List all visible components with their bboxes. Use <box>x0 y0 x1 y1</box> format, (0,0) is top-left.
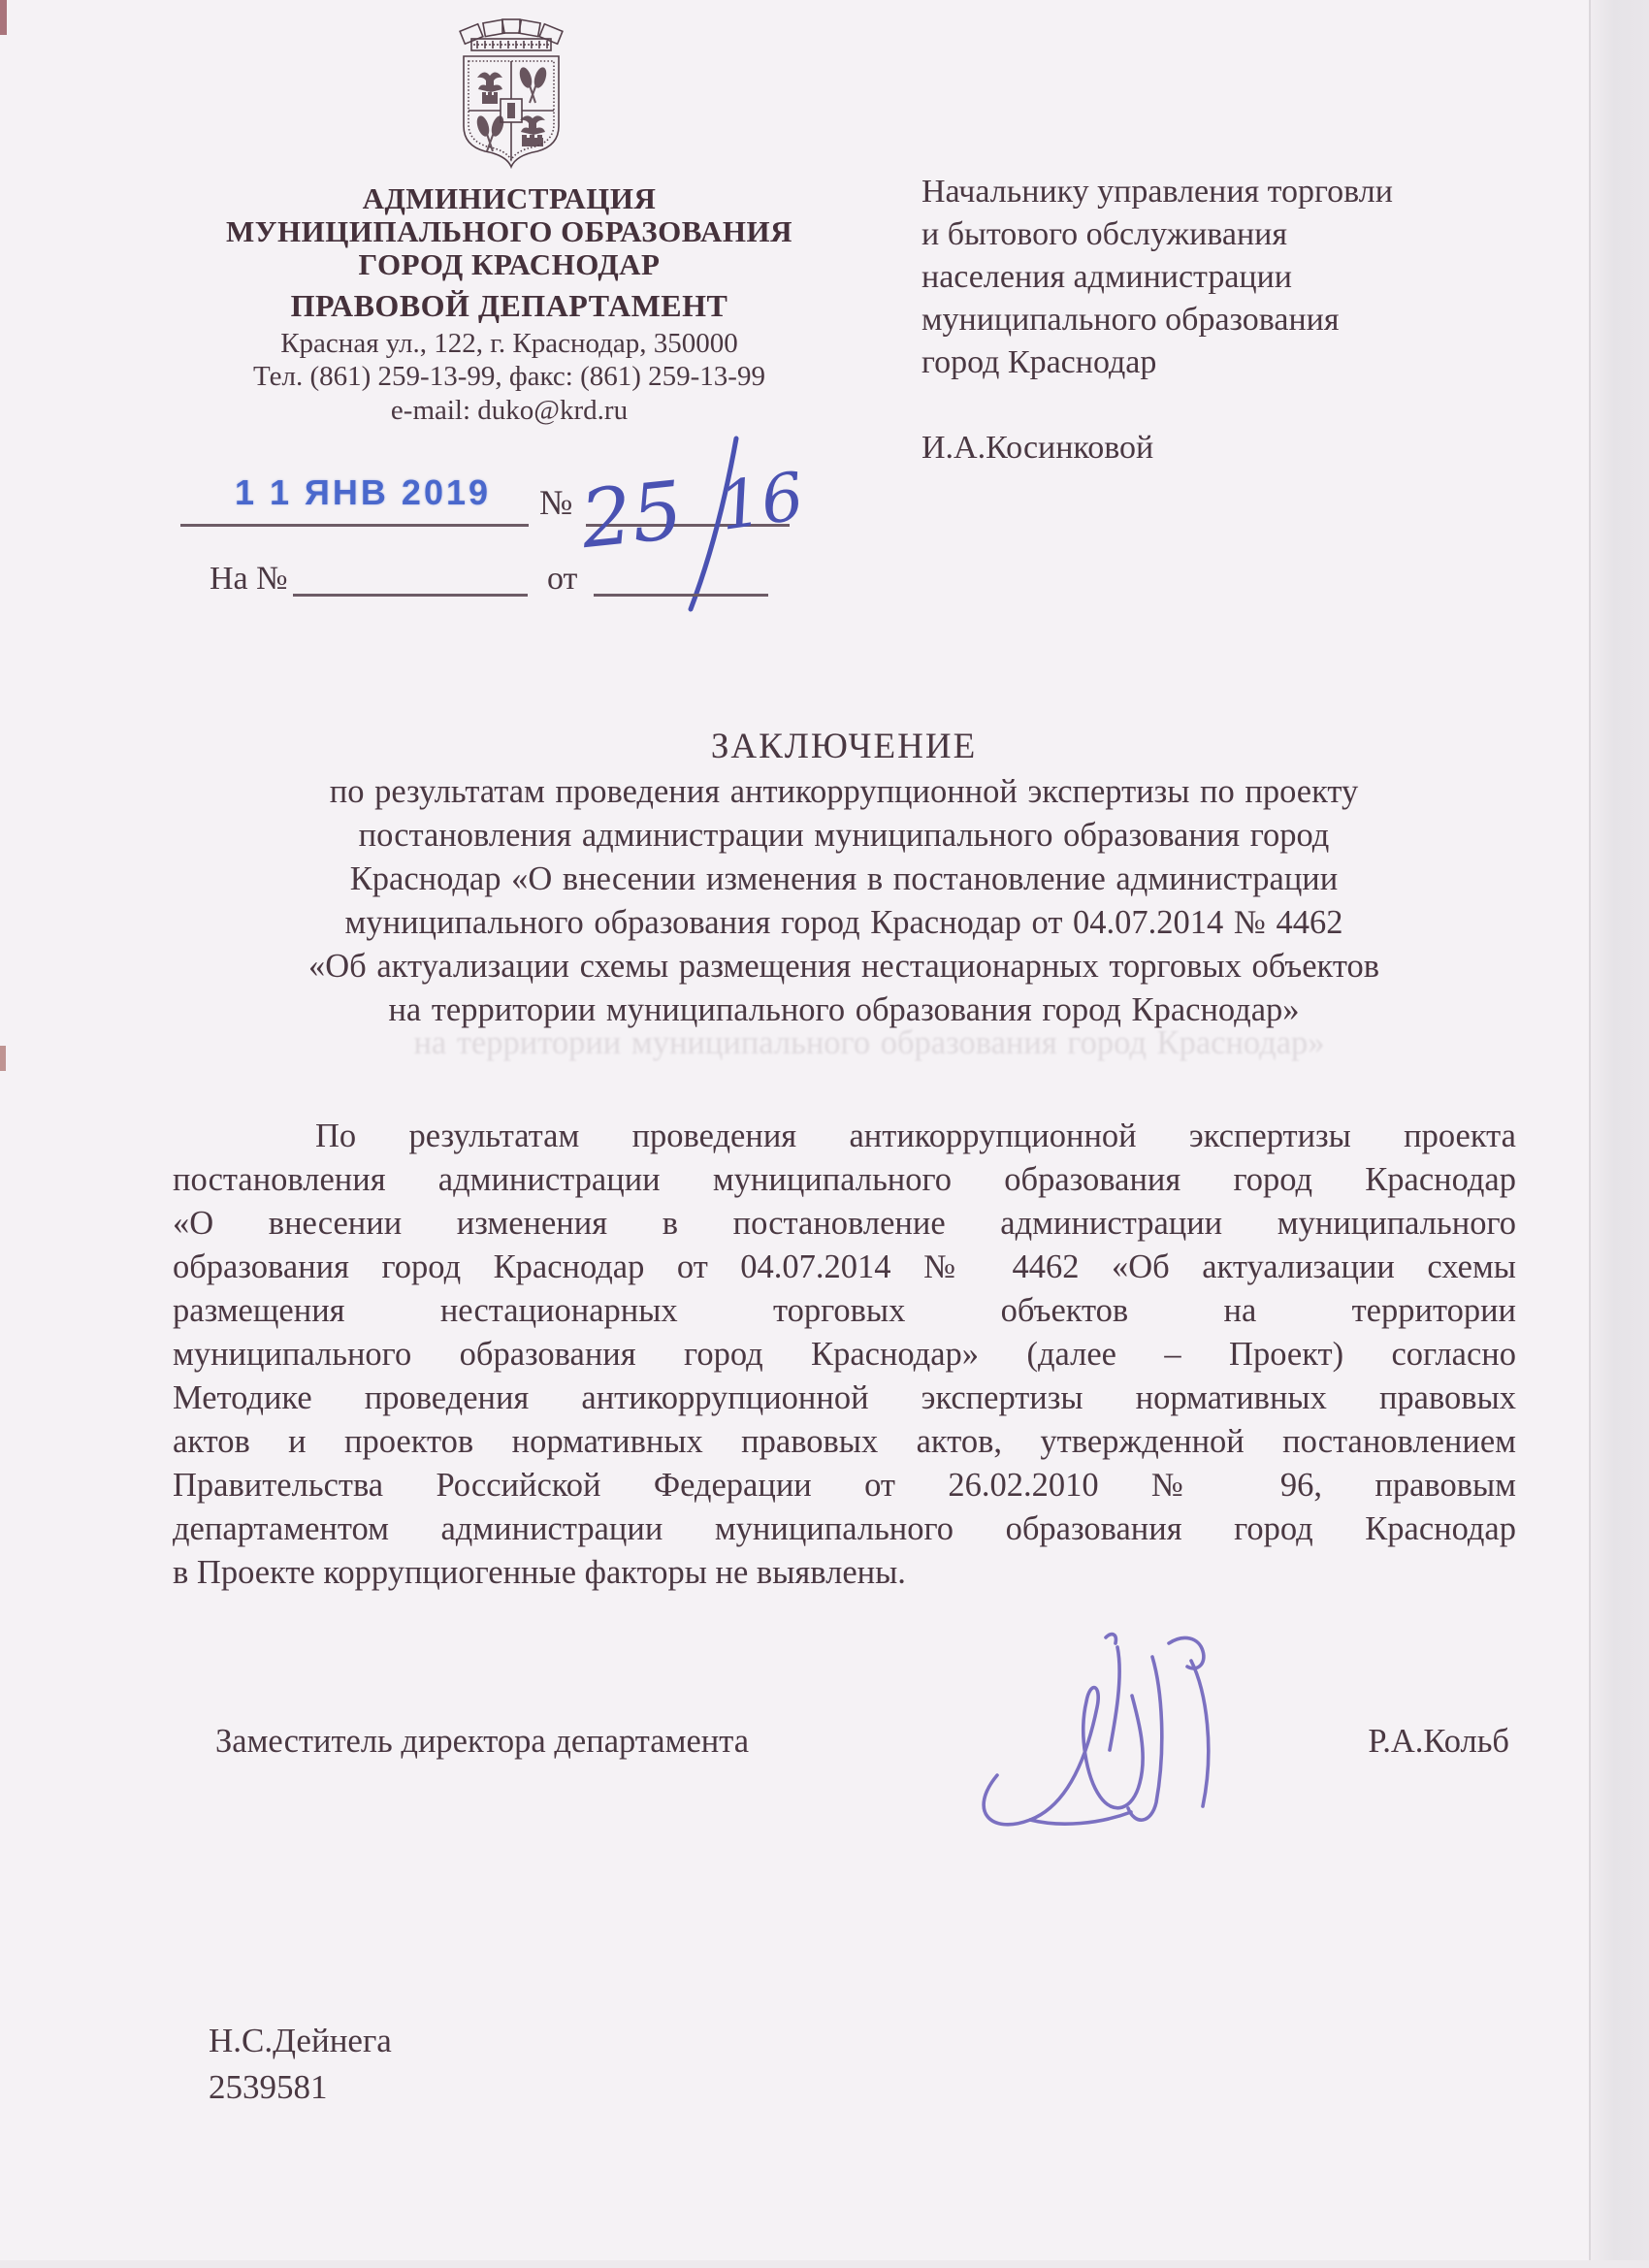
recipient-name: И.А.Косинковой <box>921 427 1503 470</box>
scan-artifact <box>0 1046 6 1071</box>
document-title: ЗАКЛЮЧЕНИЕ <box>184 726 1503 767</box>
title-line: постановления администрации муниципально… <box>184 817 1503 855</box>
body-line: образования город Краснодар от 04.07.201… <box>173 1248 1516 1286</box>
body-line: Методике проведения антикоррупционной эк… <box>173 1379 1516 1417</box>
scan-ghost-text: на территории муниципального образования… <box>210 1024 1529 1062</box>
reply-from-underline <box>594 594 768 597</box>
number-sign: № <box>539 482 572 523</box>
letterhead-org-line1: АДМИНИСТРАЦИЯ <box>218 182 800 215</box>
handwritten-25: 25 <box>575 465 687 567</box>
recipient-line: Начальнику управления торговли <box>921 171 1503 213</box>
body-line: департаментом администрации муниципально… <box>173 1510 1516 1548</box>
body-line: Правительства Российской Федерации от 26… <box>173 1467 1516 1505</box>
signature-scribble <box>970 1630 1300 1853</box>
signer-position: Заместитель директора департамента <box>215 1723 749 1761</box>
body-line: муниципального образования город Краснод… <box>173 1336 1516 1374</box>
title-line: «Об актуализации схемы размещения нестац… <box>184 948 1503 986</box>
letterhead-phone: Тел. (861) 259-13-99, факс: (861) 259-13… <box>218 361 800 393</box>
letterhead-email: e-mail: duko@krd.ru <box>218 395 800 427</box>
date-underline <box>180 524 529 527</box>
letterhead-department: ПРАВОВОЙ ДЕПАРТАМЕНТ <box>218 289 800 322</box>
recipient-line: населения администрации <box>921 256 1503 299</box>
letterhead-org-line3: ГОРОД КРАСНОДАР <box>218 248 800 281</box>
body-line: в Проекте коррупциогенные факторы не выя… <box>173 1554 1516 1592</box>
body-line: По результатам проведения антикоррупцион… <box>173 1118 1516 1155</box>
coat-of-arms-krasnodar-icon <box>448 17 574 171</box>
executor-name: Н.С.Дейнега <box>209 2022 392 2060</box>
reply-number-label: На № <box>210 561 288 598</box>
recipient-line: и бытового обслуживания <box>921 213 1503 256</box>
scanned-letter-page: АДМИНИСТРАЦИЯ МУНИЦИПАЛЬНОГО ОБРАЗОВАНИЯ… <box>0 0 1649 2268</box>
body-line: размещения нестационарных торговых объек… <box>173 1292 1516 1330</box>
letterhead-address: Красная ул., 122, г. Краснодар, 350000 <box>218 328 800 360</box>
signer-name: Р.А.Кольб <box>1290 1723 1509 1761</box>
scan-edge-right <box>1589 0 1649 2268</box>
body-line: постановления администрации муниципально… <box>173 1161 1516 1199</box>
title-line: муниципального образования город Краснод… <box>184 904 1503 942</box>
reply-from-label: от <box>547 561 577 598</box>
reply-number-underline <box>293 594 528 597</box>
body-line: «О внесении изменения в постановление ад… <box>173 1205 1516 1243</box>
title-line: Краснодар «О внесении изменения в постан… <box>184 860 1503 898</box>
letterhead-org-line2: МУНИЦИПАЛЬНОГО ОБРАЗОВАНИЯ <box>218 215 800 248</box>
date-stamp: 1 1 ЯНВ 2019 <box>235 472 491 513</box>
executor-phone: 2539581 <box>209 2068 328 2107</box>
recipient-block: Начальнику управления торговли и бытовог… <box>921 171 1503 470</box>
body-line: актов и проектов нормативных правовых ак… <box>173 1423 1516 1461</box>
document-number-handwritten: 25 16 <box>574 427 803 621</box>
recipient-line: муниципального образования <box>921 299 1503 341</box>
recipient-line: город Краснодар <box>921 341 1503 384</box>
scan-edge-bottom <box>0 2260 1649 2268</box>
title-line: по результатам проведения антикоррупцион… <box>184 773 1503 811</box>
scan-artifact <box>0 0 7 35</box>
